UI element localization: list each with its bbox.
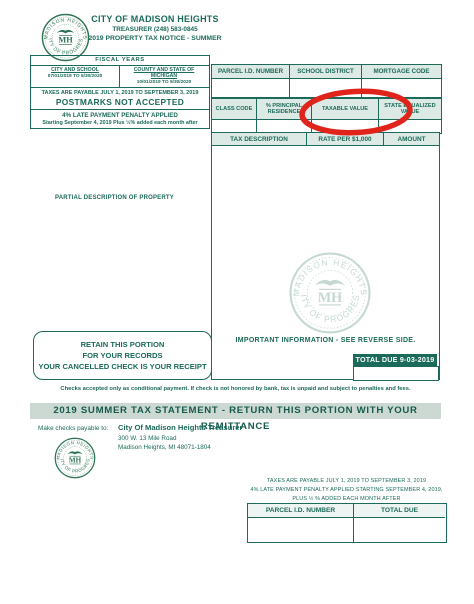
parcel-id-header: PARCEL I.D. NUMBER xyxy=(212,65,289,79)
document-header: CITY OF MADISON HEIGHTS TREASURER (248) … xyxy=(88,14,222,42)
retain-line-1: RETAIN THIS PORTION xyxy=(34,340,211,349)
payable-dates-line: TAXES ARE PAYABLE JULY 1, 2019 TO SEPTEM… xyxy=(32,90,208,96)
total-due-amount-box xyxy=(353,366,439,381)
payment-deadline-box: TAXES ARE PAYABLE JULY 1, 2019 TO SEPTEM… xyxy=(30,87,210,129)
stub-payment-notice: TAXES ARE PAYABLE JULY 1, 2019 TO SEPTEM… xyxy=(248,477,445,504)
svg-text:MH: MH xyxy=(318,290,343,306)
principal-residence-header: % PRINCIPAL RESIDENCE xyxy=(256,99,311,120)
retain-portion-box: RETAIN THIS PORTION FOR YOUR RECORDS YOU… xyxy=(33,331,212,380)
retain-line-3: YOUR CANCELLED CHECK IS YOUR RECEIPT xyxy=(34,362,211,371)
payee-street: 300 W. 13 Mile Road xyxy=(118,435,242,442)
important-note: IMPORTANT INFORMATION - SEE REVERSE SIDE… xyxy=(211,337,440,344)
mortgage-code-header: MORTGAGE CODE xyxy=(361,65,441,79)
parcel-info-table: PARCEL I.D. NUMBER SCHOOL DISTRICT MORTG… xyxy=(211,64,442,98)
payee-city-state-zip: Madison Heights, MI 48071-1804 xyxy=(118,444,242,451)
rate-per-1000-header: RATE PER $1,000 xyxy=(306,133,383,146)
taxable-value-header: TAXABLE VALUE xyxy=(311,99,378,120)
fiscal-city-school: CITY AND SCHOOL 07/01/2019 TO 6/30/2020 xyxy=(31,66,119,87)
fiscal-county-state: COUNTY AND STATE OF MICHIGAN 10/01/2019 … xyxy=(119,66,208,87)
treasurer-phone: TREASURER (248) 583-0845 xyxy=(88,26,222,33)
payee-address-block: City Of Madison Heights Treasurer 300 W.… xyxy=(118,423,242,451)
stub-total-due-header: TOTAL DUE xyxy=(353,504,445,518)
svg-text:MH: MH xyxy=(69,456,82,464)
penalty-line: 4% LATE PAYMENT PENALTY APPLIED xyxy=(32,112,208,119)
stub-parcel-total-table: PARCEL I.D. NUMBER TOTAL DUE xyxy=(247,503,447,543)
stub-notice-line-1: TAXES ARE PAYABLE JULY 1, 2019 TO SEPTEM… xyxy=(248,477,445,486)
eagle-glyph xyxy=(57,30,75,34)
stub-parcel-id-header: PARCEL I.D. NUMBER xyxy=(248,504,353,518)
mortgage-code-value xyxy=(361,79,441,97)
valuation-table: CLASS CODE % PRINCIPAL RESIDENCE TAXABLE… xyxy=(211,98,442,134)
city-seal-small-icon: MADISON HEIGHTS CITY OF PROGRESS MH xyxy=(54,437,96,479)
page-title: CITY OF MADISON HEIGHTS xyxy=(88,14,222,24)
stub-notice-line-2: 4% LATE PAYMENT PENALTY APPLIED STARTING… xyxy=(248,486,445,495)
make-checks-payable-label: Make checks payable to: xyxy=(38,425,108,432)
class-code-header: CLASS CODE xyxy=(212,99,256,120)
check-disclaimer: Checks accepted only as conditional paym… xyxy=(30,386,441,392)
stub-parcel-id-value xyxy=(248,518,353,542)
school-district-header: SCHOOL DISTRICT xyxy=(289,65,361,79)
tax-description-header: TAX DESCRIPTION xyxy=(212,133,306,146)
parcel-id-value xyxy=(212,79,289,97)
summer-statement-banner: 2019 SUMMER TAX STATEMENT - RETURN THIS … xyxy=(30,403,441,419)
penalty-detail-line: Starting September 4, 2019 Plus ½% added… xyxy=(32,120,208,126)
property-description-label: PARTIAL DESCRIPTION OF PROPERTY xyxy=(55,195,174,201)
fiscal-years-title: FISCAL YEARS xyxy=(31,56,209,66)
svg-text:MH: MH xyxy=(58,36,73,45)
postmarks-line: POSTMARKS NOT ACCEPTED xyxy=(32,97,208,107)
tax-notice-page: MADISON HEIGHTS CITY OF PROGRESS MH CITY… xyxy=(0,0,474,604)
payee-name: City Of Madison Heights Treasurer xyxy=(118,423,242,432)
retain-line-2: FOR YOUR RECORDS xyxy=(34,351,211,360)
stub-total-due-value xyxy=(353,518,445,542)
total-due-label: TOTAL DUE 9-03-2019 xyxy=(353,354,437,366)
school-district-value xyxy=(289,79,361,97)
watermark-seal-icon: MADISON HEIGHTS CITY OF PROGRESS MH xyxy=(288,251,372,335)
state-equalized-header: STATE EQUALIZED VALUE xyxy=(378,99,441,120)
notice-title: 2019 PROPERTY TAX NOTICE - SUMMER xyxy=(88,35,222,42)
fiscal-years-table: FISCAL YEARS CITY AND SCHOOL 07/01/2019 … xyxy=(30,55,210,88)
amount-header: AMOUNT xyxy=(383,133,439,146)
